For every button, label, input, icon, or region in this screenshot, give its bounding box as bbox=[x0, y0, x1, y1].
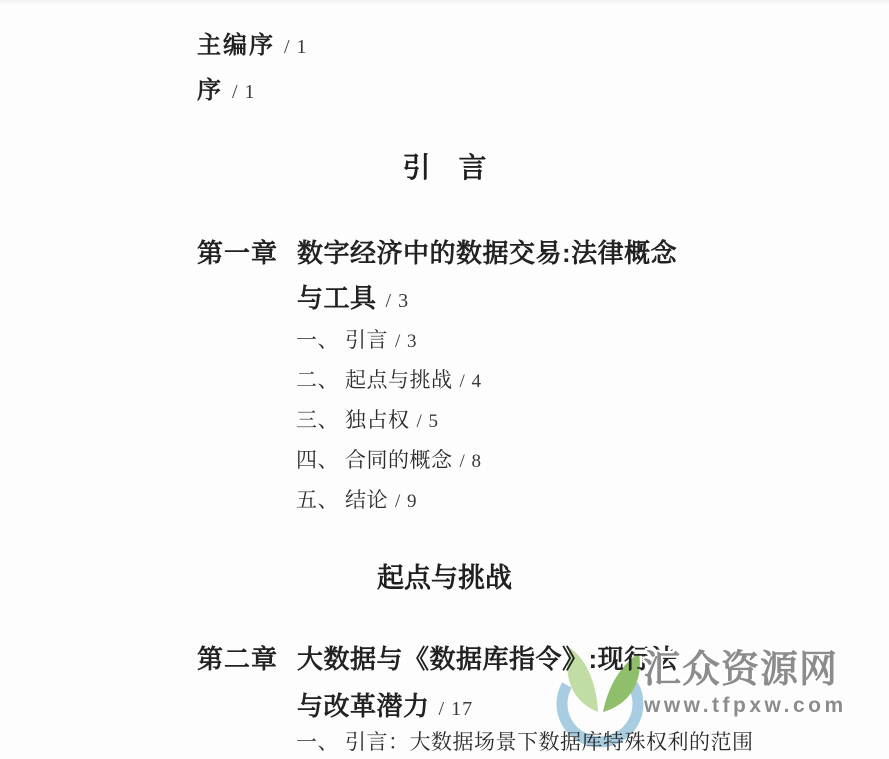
chapter-label: 第一章 bbox=[197, 238, 297, 269]
item-text: 起点与挑战 bbox=[345, 368, 453, 392]
section-heading: 起点与挑战 bbox=[0, 562, 889, 594]
page-number: / 1 bbox=[284, 36, 308, 58]
item-text: 独占权 bbox=[345, 408, 410, 432]
front-matter-entry: 主编序/ 1 bbox=[197, 32, 308, 61]
item-number: 五、 bbox=[296, 488, 345, 513]
page-number: / 1 bbox=[232, 81, 256, 103]
page-number: / 4 bbox=[460, 371, 483, 392]
chapter-title-line: 第一章数字经济中的数据交易:法律概念 bbox=[197, 238, 677, 269]
chapter-title-cont: 与改革潜力 bbox=[297, 691, 430, 721]
item-number: 四、 bbox=[296, 448, 345, 473]
item-number: 一、 bbox=[296, 328, 345, 353]
entry-label: 序 bbox=[197, 77, 223, 104]
toc-item: 五、结论/ 9 bbox=[296, 488, 418, 514]
item-text: 引言 bbox=[345, 328, 388, 352]
chapter-title-line: 与工具/ 3 bbox=[297, 283, 409, 314]
toc-item: 一、引言：大数据场景下数据库特殊权利的范围 bbox=[296, 730, 754, 755]
chapter-title-line: 与改革潜力/ 17 bbox=[297, 691, 473, 722]
item-number: 一、 bbox=[296, 730, 345, 755]
item-text: 合同的概念 bbox=[345, 448, 453, 472]
watermark-site-name: 汇众资源网 bbox=[643, 650, 838, 692]
item-number: 二、 bbox=[296, 368, 345, 393]
entry-label: 主编序 bbox=[197, 32, 275, 59]
item-text: 结论 bbox=[345, 488, 388, 512]
chapter-title-line: 第二章大数据与《数据库指令》:现行法 bbox=[197, 644, 677, 675]
chapter-label: 第二章 bbox=[197, 644, 297, 675]
toc-item: 三、独占权/ 5 bbox=[296, 408, 439, 434]
chapter-title: 数字经济中的数据交易:法律概念 bbox=[297, 238, 677, 268]
toc-item: 二、起点与挑战/ 4 bbox=[296, 368, 482, 394]
page-number: / 3 bbox=[386, 290, 410, 312]
page-number: / 5 bbox=[417, 411, 440, 432]
section-heading: 引 言 bbox=[0, 152, 889, 186]
page-number: / 3 bbox=[395, 331, 418, 352]
toc-item: 一、引言/ 3 bbox=[296, 328, 418, 354]
chapter-title: 大数据与《数据库指令》:现行法 bbox=[297, 644, 677, 674]
page-number: / 8 bbox=[460, 451, 483, 472]
item-number: 三、 bbox=[296, 408, 345, 433]
toc-item: 四、合同的概念/ 8 bbox=[296, 448, 482, 474]
page-number: / 17 bbox=[439, 698, 474, 720]
item-text: 引言：大数据场景下数据库特殊权利的范围 bbox=[345, 730, 754, 754]
page-number: / 9 bbox=[395, 491, 418, 512]
watermark-site-url: www.tfpxw.com bbox=[644, 694, 847, 717]
front-matter-entry: 序/ 1 bbox=[197, 77, 256, 106]
chapter-title-cont: 与工具 bbox=[297, 283, 377, 313]
toc-page: 主编序/ 1 序/ 1 引 言 第一章数字经济中的数据交易:法律概念 与工具/ … bbox=[0, 0, 889, 759]
